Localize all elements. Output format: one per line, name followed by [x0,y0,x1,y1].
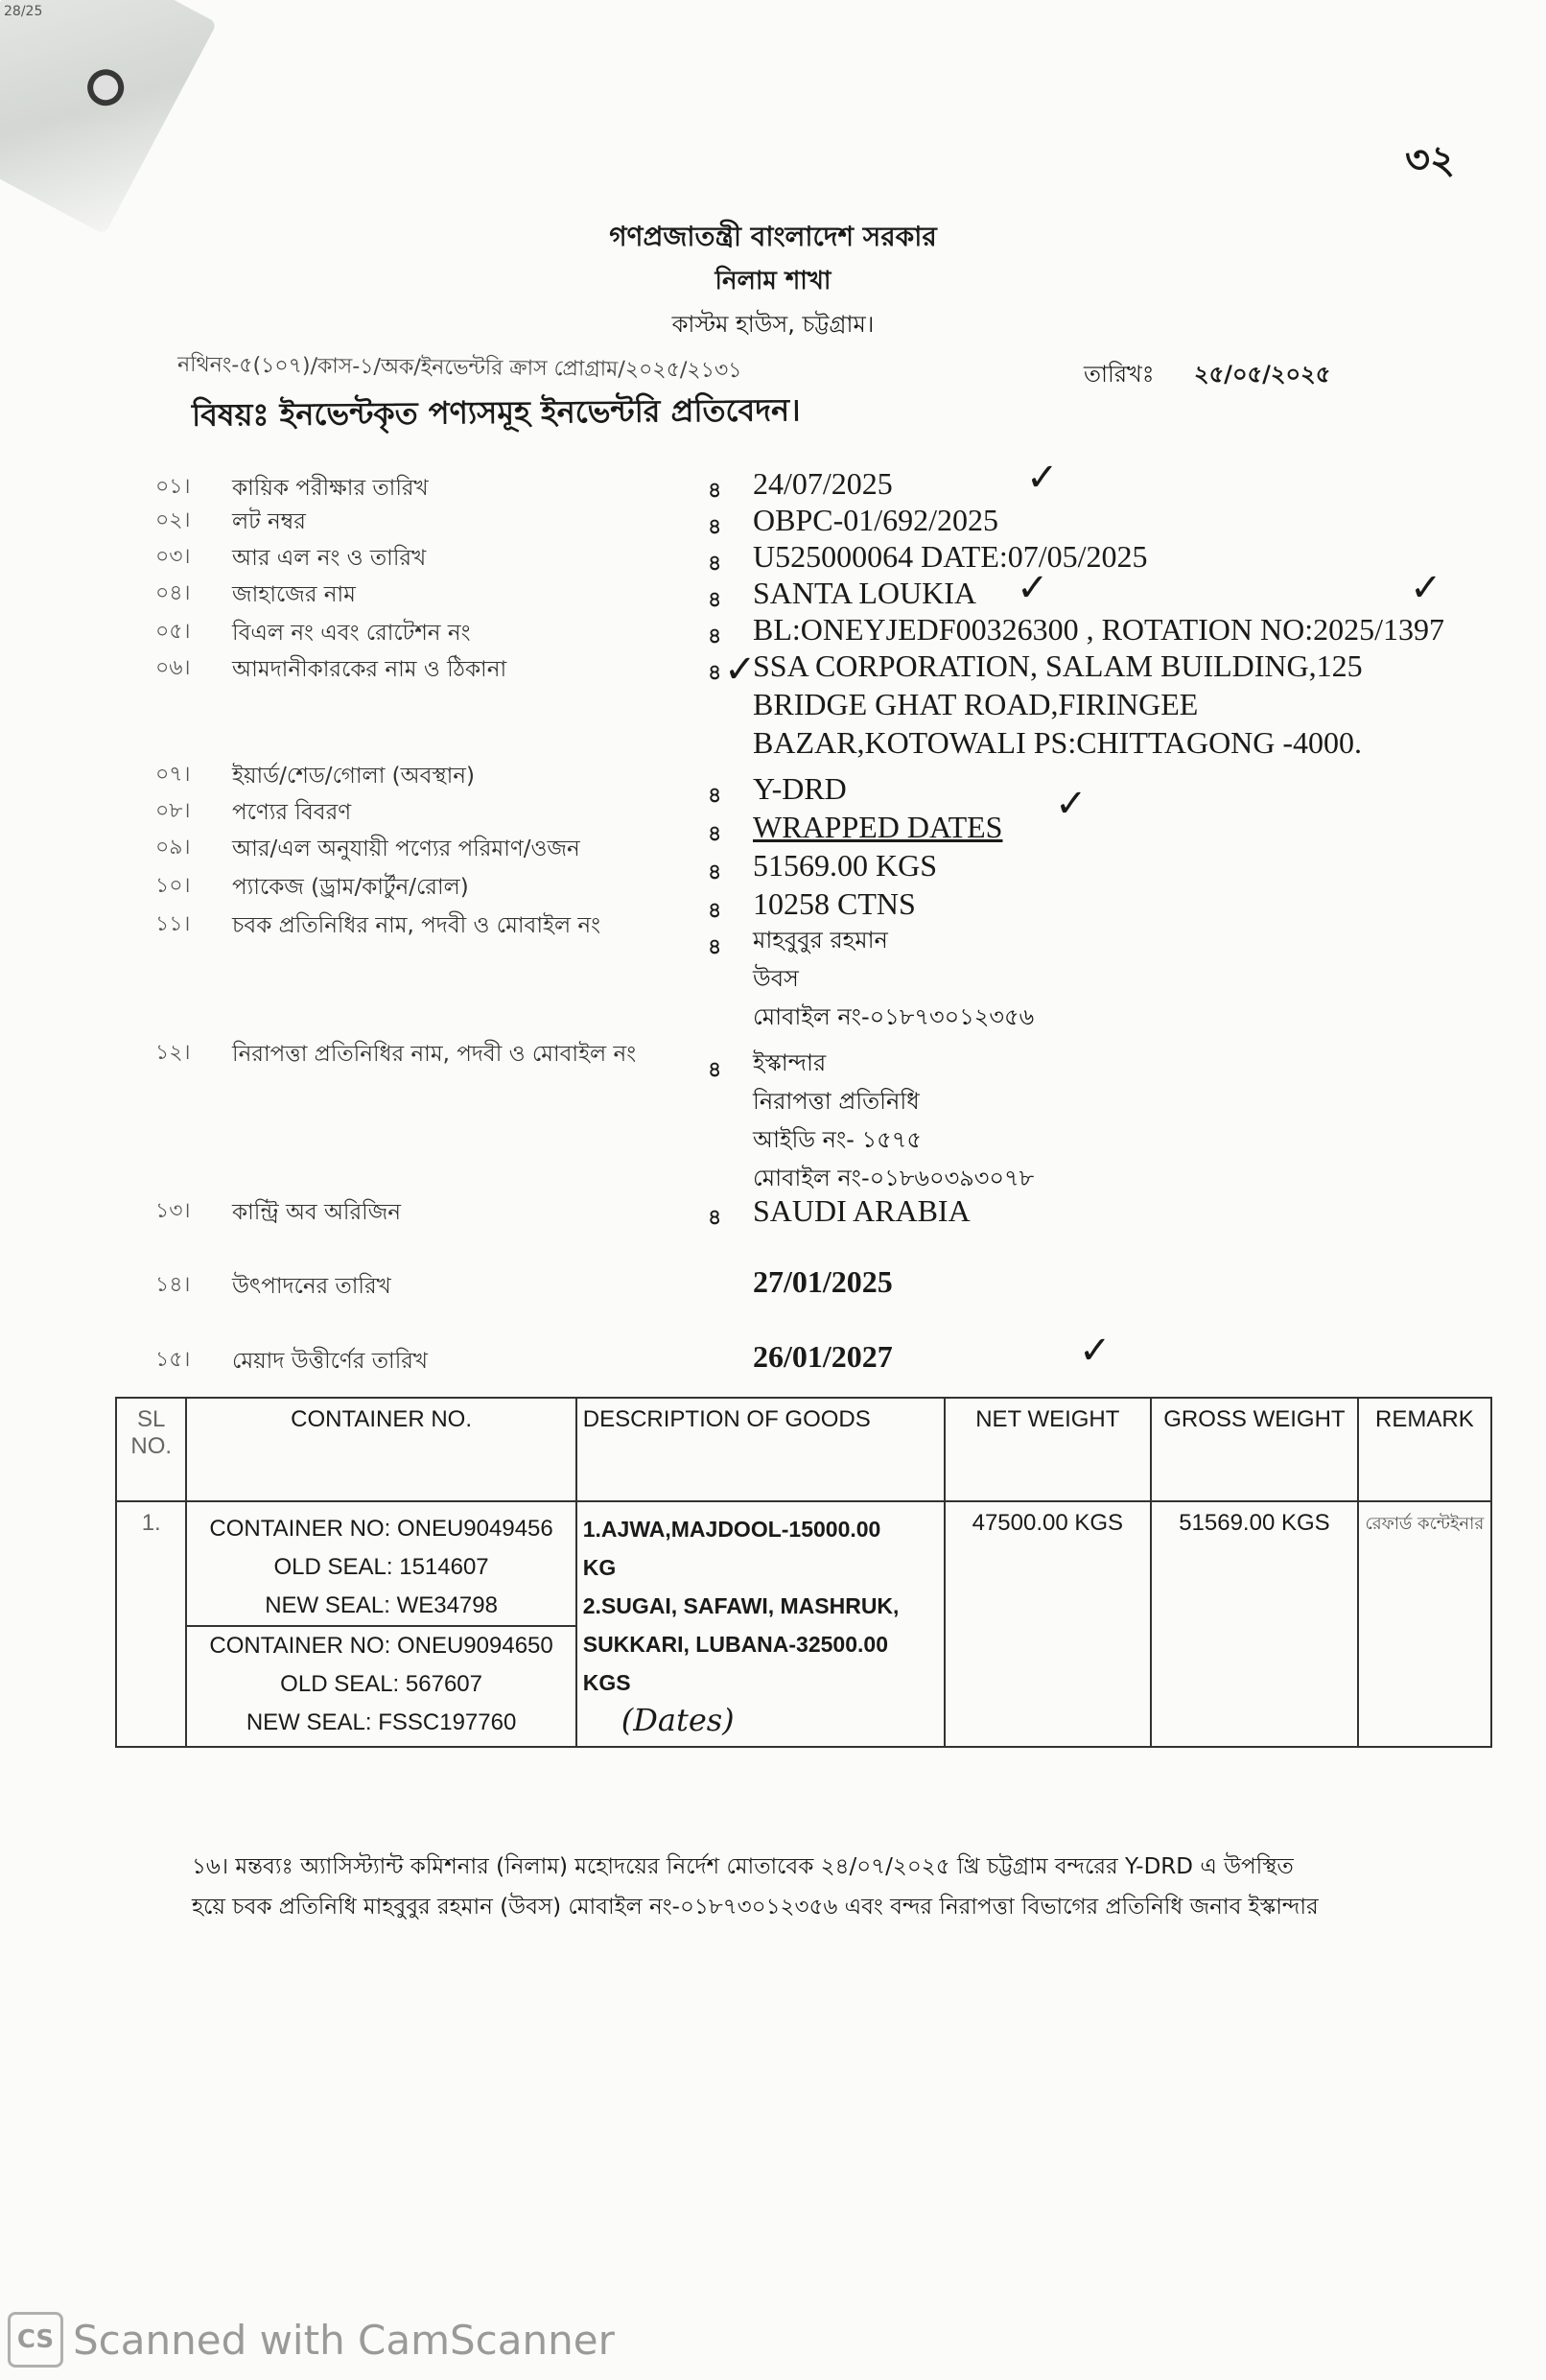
scanner-watermark: CS Scanned with CamScanner [8,2312,615,2368]
field-number: ০৮। [155,794,190,830]
field-label: পণ্যের বিবরণ [232,794,351,832]
field-number: ০১। [155,470,190,506]
cell-sl: 1. [116,1501,186,1747]
field-label: প্যাকেজ (ড্রাম/কার্টুন/রোল) [232,869,469,907]
cell-gross-weight: 51569.00 KGS [1151,1501,1358,1747]
field-colon: ৪ [708,474,721,509]
field-value: SANTA LOUKIA [753,574,976,612]
field-number: ০৫। [155,615,190,650]
field-value: 26/01/2027 [753,1337,893,1376]
old-seal: OLD SEAL: 1514607 [193,1548,569,1587]
field-value: ইস্কান্দার নিরাপত্তা প্রতিনিধি আইডি নং- … [753,1044,1034,1197]
field-value: SAUDI ARABIA [753,1191,971,1230]
field-number: ০৬। [155,651,190,687]
date-value: ২৫/০৫/২০২৫ [1194,357,1330,395]
header-remark: REMARK [1358,1398,1491,1501]
checkmark-icon: ✓ [1410,566,1442,610]
checkmark-icon: ✓ [1079,1329,1112,1373]
checkmark-icon: ✓ [1026,456,1059,500]
new-seal: NEW SEAL: FSSC197760 [193,1704,569,1742]
field-colon: ৪ [708,547,721,582]
field-label: কায়িক পরীক্ষার তারিখ [232,470,429,507]
cell-net-weight: 47500.00 KGS [945,1501,1152,1747]
field-number: ০৩। [155,540,190,576]
description-line: SUKKARI, LUBANA-32500.00 [583,1625,938,1663]
punch-hole [81,63,129,112]
field-value: 10258 CTNS [753,884,916,923]
remarks-line: ১৬। মন্তব্যঃ অ্যাসিস্ট্যান্ট কমিশনার (নি… [192,1847,1439,1887]
field-colon: ৪ [708,779,721,814]
cell-remark: রেফার্ড কন্টেইনার [1358,1501,1491,1747]
field-value: 24/07/2025 [753,464,893,503]
field-label: লট নম্বর [232,504,306,541]
field-value: U525000064 DATE:07/05/2025 [753,537,1148,576]
field-number: ০৪। [155,577,190,612]
subject-line: বিষয়ঃ ইনভেন্টকৃত পণ্যসমূহ ইনভেন্টরি প্র… [192,386,801,443]
field-number: ১০। [155,869,190,905]
field-colon: ৪ [708,1053,721,1089]
table-header-row: SL NO. CONTAINER NO. DESCRIPTION OF GOOD… [116,1398,1491,1501]
field-label: আর এল নং ও তারিখ [232,540,426,577]
field-colon: ৪ [708,894,721,930]
field-colon: ৪ [708,856,721,891]
field-number: ০৯। [155,831,190,866]
container-block: CONTAINER NO: ONEU9094650 OLD SEAL: 5676… [187,1625,574,1742]
field-number: ১৪। [155,1268,190,1304]
header-container: CONTAINER NO. [186,1398,575,1501]
field-number: ০২। [155,504,190,539]
handwritten-page-number: ৩২ [1405,130,1455,194]
field-colon: ৪ [708,656,721,692]
field-colon: ৪ [708,620,721,655]
description-line: 1.AJWA,MAJDOOL-15000.00 [583,1510,938,1548]
handwritten-note: (Dates) [621,1702,938,1738]
goods-table: SL NO. CONTAINER NO. DESCRIPTION OF GOOD… [115,1397,1492,1748]
field-value: WRAPPED DATES [753,808,1002,846]
checkmark-icon: ✓ [1017,566,1049,610]
staple-clip [0,0,217,235]
field-number: ১২। [155,1036,190,1072]
field-value: 27/01/2025 [753,1262,893,1301]
field-value: SSA CORPORATION, SALAM BUILDING,125 BRID… [753,647,1363,762]
field-value: মাহবুবুর রহমান উবস মোবাইল নং-০১৮৭৩০১২৩৫৬ [753,921,1034,1036]
description-line: KG [583,1548,938,1587]
field-label: মেয়াদ উত্তীর্ণের তারিখ [232,1343,428,1380]
field-colon: ৪ [708,817,721,853]
field-label: বিএল নং এবং রোটেশন নং [232,615,470,652]
cell-description: 1.AJWA,MAJDOOL-15000.00 KG 2.SUGAI, SAFA… [576,1501,945,1747]
section-heading: নিলাম শাখা [0,261,1546,303]
checkmark-icon: ✓ [724,648,757,692]
field-number: ১৫। [155,1343,190,1379]
container-number: CONTAINER NO: ONEU9049456 [193,1510,569,1548]
remarks-section: ১৬। মন্তব্যঃ অ্যাসিস্ট্যান্ট কমিশনার (নি… [192,1847,1439,1927]
field-number: ১৩। [155,1194,190,1230]
field-label: চবক প্রতিনিধির নাম, পদবী ও মোবাইল নং [232,907,600,945]
field-value: OBPC-01/692/2025 [753,501,998,539]
header-net-weight: NET WEIGHT [945,1398,1152,1501]
watermark-text: Scanned with CamScanner [73,2317,615,2364]
checkmark-icon: ✓ [1055,782,1088,826]
header-gross-weight: GROSS WEIGHT [1151,1398,1358,1501]
field-colon: ৪ [708,583,721,619]
field-label: ইয়ার্ড/শেড/গোলা (অবস্থান) [232,758,475,795]
field-value: Y-DRD [753,769,847,808]
container-block: CONTAINER NO: ONEU9049456 OLD SEAL: 1514… [193,1510,569,1625]
office-heading: কাস্টম হাউস, চট্টগ্রাম। [0,307,1546,345]
field-colon: ৪ [708,510,721,546]
field-value: 51569.00 KGS [753,846,937,884]
description-line: 2.SUGAI, SAFAWI, MASHRUK, [583,1587,938,1625]
field-label: আমদানীকারকের নাম ও ঠিকানা [232,651,506,689]
field-label: জাহাজের নাম [232,577,356,614]
field-label: নিরাপত্তা প্রতিনিধির নাম, পদবী ও মোবাইল … [232,1036,636,1073]
field-number: ১১। [155,907,190,943]
header-sl: SL NO. [116,1398,186,1501]
corner-mark: 28/25 [4,4,42,19]
field-number: ০৭। [155,758,190,793]
field-colon: ৪ [708,931,721,966]
old-seal: OLD SEAL: 567607 [193,1665,569,1704]
field-label: উৎপাদনের তারিখ [232,1268,391,1306]
reference-number: নথিনং-৫(১০৭)/কাস-১/অক/ইনভেন্টরি ক্রাস প্… [177,348,742,389]
table-row: 1. CONTAINER NO: ONEU9049456 OLD SEAL: 1… [116,1501,1491,1747]
field-label: আর/এল অনুযায়ী পণ্যের পরিমাণ/ওজন [232,831,580,868]
remarks-line: হয়ে চবক প্রতিনিধি মাহবুবুর রহমান (উবস) … [192,1887,1439,1927]
camscanner-logo-icon: CS [8,2312,63,2368]
date-label: তারিখঃ [1084,357,1155,395]
new-seal: NEW SEAL: WE34798 [193,1587,569,1625]
header-description: DESCRIPTION OF GOODS [576,1398,945,1501]
container-number: CONTAINER NO: ONEU9094650 [193,1627,569,1665]
field-value: BL:ONEYJEDF00326300 , ROTATION NO:2025/1… [753,610,1444,648]
description-line: KGS [583,1663,938,1702]
field-label: কান্ট্রি অব অরিজিন [232,1194,401,1232]
field-colon: ৪ [708,1201,721,1237]
cell-containers: CONTAINER NO: ONEU9049456 OLD SEAL: 1514… [186,1501,575,1747]
government-heading: গণপ্রজাতন্ত্রী বাংলাদেশ সরকার [0,216,1546,261]
